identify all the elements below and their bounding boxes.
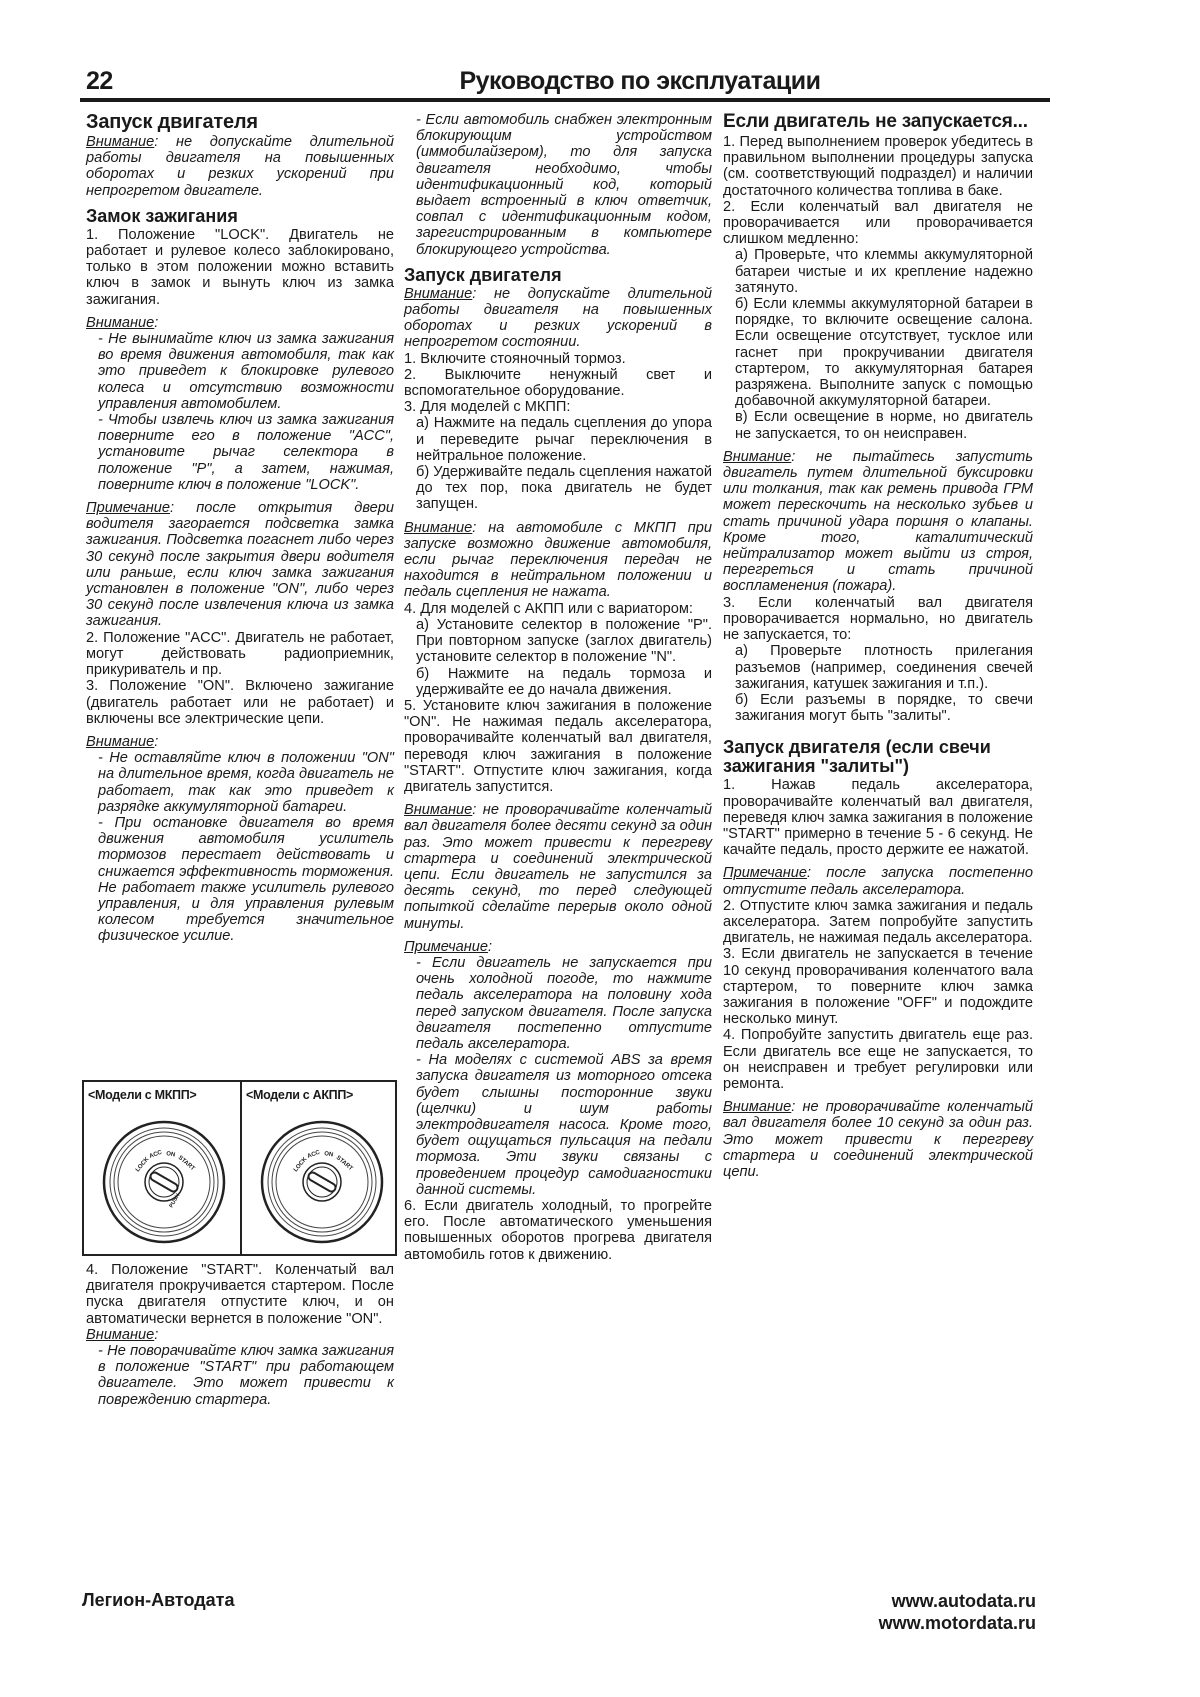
publisher-name: Легион-Автодата (82, 1590, 235, 1611)
step: 4. Для моделей с АКПП или с вариатором: (404, 601, 712, 617)
step: 1. Нажав педаль акселератора, проворачив… (723, 777, 1033, 858)
substep: б) Если клеммы аккумуляторной батареи в … (723, 296, 1033, 409)
column-1-lower: 4. Положение "START". Коленчатый вал дви… (86, 1262, 394, 1408)
page-title: Руководство по эксплуатации (80, 67, 1050, 96)
footer-urls: www.autodata.ru www.motordata.ru (879, 1590, 1036, 1634)
ignition-switch-figure: <Модели с МКПП> LOCK ACC ON START PUSH <… (82, 1080, 397, 1256)
immobilizer-bullet: - Если автомобиль снабжен электронным бл… (404, 112, 712, 258)
footer-url-motordata[interactable]: www.motordata.ru (879, 1612, 1036, 1634)
substep: в) Если освещение в норме, но двигатель … (723, 409, 1033, 441)
paragraph: 2. Положение "ACC". Двигатель не работае… (86, 630, 394, 679)
svg-text:START: START (177, 1155, 196, 1172)
svg-text:START: START (335, 1155, 354, 1172)
column-2: - Если автомобиль снабжен электронным бл… (404, 112, 712, 1263)
note-paragraph: Примечание: после открытия двери водител… (86, 500, 394, 630)
warning-bullet: - Чтобы извлечь ключ из замка зажигания … (86, 412, 394, 493)
footer-url-autodata[interactable]: www.autodata.ru (879, 1590, 1036, 1612)
warning-label: Внимание (86, 1327, 154, 1343)
warning-label: Внимание (723, 1099, 791, 1115)
step: 6. Если двигатель холодный, то прогрейте… (404, 1198, 712, 1263)
note-text: : после открытия двери водителя загорает… (86, 500, 394, 629)
paragraph: 4. Положение "START". Коленчатый вал дви… (86, 1262, 394, 1327)
paragraph: 1. Положение "LOCK". Двигатель не работа… (86, 227, 394, 308)
substep: б) Если разъемы в порядке, то свечи зажи… (723, 692, 1033, 724)
step: 3. Для моделей с МКПП: (404, 399, 712, 415)
warning-bullet: - Не поворачивайте ключ замка зажигания … (86, 1343, 394, 1408)
warning-bullet: - При остановке двигателя во время движе… (86, 815, 394, 945)
svg-text:ON: ON (324, 1151, 334, 1158)
warning-label: Внимание (723, 449, 791, 465)
warning-paragraph: Внимание: на автомобиле с МКПП при запус… (404, 520, 712, 601)
warning-bullet: - Не вынимайте ключ из замка зажигания в… (86, 331, 394, 412)
ignition-dial-icon: LOCK ACC ON START (260, 1120, 384, 1244)
substep: а) Проверьте плотность прилегания разъем… (723, 643, 1033, 692)
note-label: Примечание (404, 939, 488, 955)
substep: а) Проверьте, что клеммы аккумуляторной … (723, 247, 1033, 296)
substep: а) Нажмите на педаль сцепления до упора … (404, 415, 712, 464)
warning-text: : не проворачивайте коленчатый вал двига… (404, 802, 712, 931)
warning-paragraph: Внимание: не допускайте длительной работ… (404, 286, 712, 351)
note-paragraph: Примечание: после запуска постепенно отп… (723, 865, 1033, 897)
paragraph: 3. Положение "ON". Включено зажигание (д… (86, 678, 394, 727)
svg-text:ACC: ACC (307, 1150, 322, 1160)
figure-caption: <Модели с МКПП> (88, 1088, 196, 1102)
step: 5. Установите ключ зажигания в положение… (404, 698, 712, 795)
section-heading-engine-start: Запуск двигателя (86, 112, 394, 132)
warning-paragraph: Внимание: не проворачивайте коленчатый в… (723, 1099, 1033, 1180)
ignition-dial-icon: LOCK ACC ON START PUSH (102, 1120, 226, 1244)
svg-text:ON: ON (166, 1151, 176, 1158)
step: 1. Включите стояночный тормоз. (404, 351, 712, 367)
svg-text:ACC: ACC (149, 1150, 164, 1160)
warning-paragraph: Внимание: не пытайтесь запустить двигате… (723, 449, 1033, 595)
warning-label: Внимание (404, 286, 472, 302)
substep: а) Установите селектор в положение "P". … (404, 617, 712, 666)
warning-text: : не пытайтесь запустить двигатель путем… (723, 449, 1033, 595)
warning-label: Внимание (86, 134, 154, 150)
column-1: Запуск двигателя Внимание: не допускайте… (86, 112, 394, 945)
warning-bullet: - Не оставляйте ключ в положении "ON" на… (86, 750, 394, 815)
section-heading-engine-start: Запуск двигателя (404, 266, 712, 285)
note-bullet: - Если двигатель не запускается при очен… (404, 955, 712, 1052)
figure-panel-automatic: <Модели с АКПП> LOCK ACC ON START (240, 1082, 397, 1254)
warning-label: Внимание (404, 520, 472, 536)
warning-paragraph: Внимание: не проворачивайте коленчатый в… (404, 802, 712, 932)
warning-label: Внимание (404, 802, 472, 818)
figure-caption: <Модели с АКПП> (246, 1088, 353, 1102)
step: 4. Попробуйте запустить двигатель еще ра… (723, 1027, 1033, 1092)
column-3: Если двигатель не запускается... 1. Пере… (723, 112, 1033, 1180)
step: 3. Если коленчатый вал двигателя провора… (723, 595, 1033, 644)
section-heading-flooded-plugs: Запуск двигателя (если свечи зажигания "… (723, 738, 1033, 776)
substep: б) Удерживайте педаль сцепления нажатой … (404, 464, 712, 513)
step: 3. Если двигатель не запускается в течен… (723, 946, 1033, 1027)
warning-label: Внимание (86, 315, 154, 331)
step: 2. Выключите ненужный свет и вспомогател… (404, 367, 712, 399)
note-bullet: - На моделях с системой ABS за время зап… (404, 1052, 712, 1198)
page-header: 22 Руководство по эксплуатации (80, 62, 1050, 102)
substep: б) Нажмите на педаль тормоза и удерживай… (404, 666, 712, 698)
section-heading-troubleshooting: Если двигатель не запускается... (723, 112, 1033, 132)
warning-label: Внимание (86, 734, 154, 750)
section-heading-ignition-lock: Замок зажигания (86, 207, 394, 226)
warning-paragraph: Внимание: не допускайте длительной работ… (86, 134, 394, 199)
note-label: Примечание (723, 865, 807, 881)
step: 2. Если коленчатый вал двигателя не пров… (723, 199, 1033, 248)
note-label: Примечание (86, 500, 170, 516)
step: 1. Перед выполнением проверок убедитесь … (723, 134, 1033, 199)
figure-panel-manual: <Модели с МКПП> LOCK ACC ON START PUSH (84, 1082, 239, 1254)
step: 2. Отпустите ключ замка зажигания и педа… (723, 898, 1033, 947)
